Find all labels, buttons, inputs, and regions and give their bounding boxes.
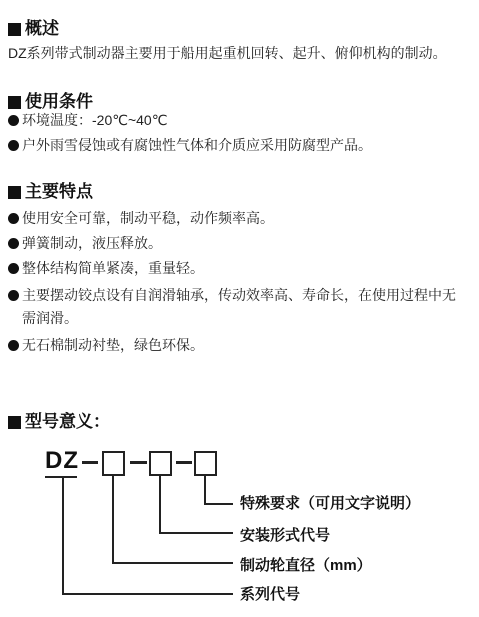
document-page: 概述 DZ系列带式制动器主要用于船用起重机回转、起升、俯仰机构的制动。 使用条件… [0,0,479,617]
model-code-diagram: DZ 特殊要求（可用文字说明） 安装形式代号 制动轮直径（mm） 系列代号 [0,445,479,617]
connector-line-diameter-horizontal [112,562,233,564]
section-marker-icon [8,186,21,199]
connector-line-mounting-vertical [159,476,161,534]
bullet-text: 无石棉制动衬垫，绿色环保。 [22,334,204,357]
section-marker-icon [8,23,21,36]
section-marker-icon [8,416,21,429]
feature-bullet-item: 弹簧制动，液压释放。 [8,232,473,255]
bullet-text: 弹簧制动，液压释放。 [22,232,162,255]
section-title-features: 主要特点 [8,183,93,201]
condition-bullet-item: 户外雨雪侵蚀或有腐蚀性气体和介质应采用防腐型产品。 [8,134,473,157]
connector-line-series-vertical [62,478,64,595]
section-title-model-meaning: 型号意义： [8,413,110,431]
feature-bullet-item: 使用安全可靠，制动平稳，动作频率高。 [8,207,473,230]
overview-paragraph: DZ系列带式制动器主要用于船用起重机回转、起升、俯仰机构的制动。 [8,43,473,63]
section-title-text: 型号意义： [25,413,110,431]
dash-separator-icon [130,461,147,464]
bullet-dot-icon [8,115,19,126]
bullet-dot-icon [8,290,19,301]
series-prefix-text: DZ [45,448,79,474]
series-prefix-underline [45,476,77,478]
connector-line-special-horizontal [204,503,233,505]
connector-line-diameter-vertical [112,476,114,564]
bullet-dot-icon [8,213,19,224]
condition-bullet-item: 环境温度：-20℃~40℃ [8,109,473,132]
section-title-text: 概述 [25,20,59,38]
bullet-text: 整体结构简单紧凑，重量轻。 [22,257,204,280]
bullet-dot-icon [8,238,19,249]
bullet-dot-icon [8,140,19,151]
bullet-text: 环境温度：-20℃~40℃ [22,109,167,132]
diagram-label-brake-wheel-diameter: 制动轮直径（mm） [240,558,372,574]
bullet-text: 主要摆动铰点设有自润滑轴承，传动效率高、寿命长，在使用过程中无需润滑。 [22,284,462,330]
section-title-overview: 概述 [8,20,59,38]
placeholder-box-special [194,451,217,476]
dash-separator-icon [176,461,192,464]
placeholder-box-diameter [102,451,125,476]
feature-bullet-item: 无石棉制动衬垫，绿色环保。 [8,334,473,357]
section-marker-icon [8,96,21,109]
diagram-label-special-requirements: 特殊要求（可用文字说明） [240,496,420,512]
section-title-text: 主要特点 [25,183,93,201]
connector-line-mounting-horizontal [159,532,233,534]
connector-line-special-vertical [204,476,206,505]
connector-line-series-horizontal [62,593,233,595]
feature-bullet-item: 主要摆动铰点设有自润滑轴承，传动效率高、寿命长，在使用过程中无需润滑。 [8,284,473,330]
bullet-dot-icon [8,263,19,274]
placeholder-box-mounting [149,451,172,476]
bullet-dot-icon [8,340,19,351]
bullet-text: 使用安全可靠，制动平稳，动作频率高。 [22,207,274,230]
bullet-text: 户外雨雪侵蚀或有腐蚀性气体和介质应采用防腐型产品。 [22,134,372,157]
feature-bullet-item: 整体结构简单紧凑，重量轻。 [8,257,473,280]
dash-separator-icon [82,461,98,464]
diagram-label-series-code: 系列代号 [240,587,300,603]
diagram-label-mounting-form-code: 安装形式代号 [240,528,330,544]
